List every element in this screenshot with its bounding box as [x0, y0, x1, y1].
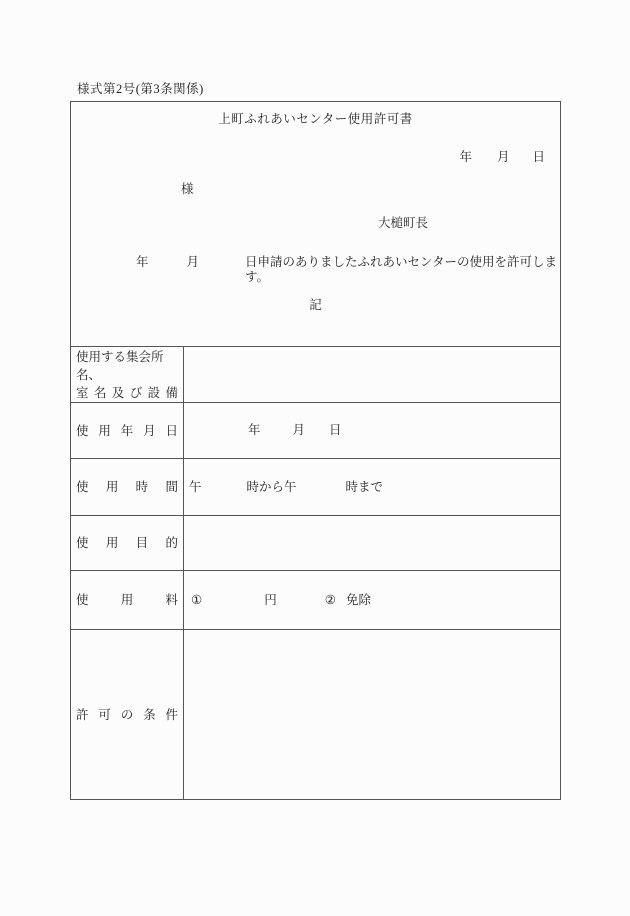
issue-date-year-label: 年 [459, 150, 472, 165]
row-permit-conditions: 許 可 の 条 件 [71, 629, 560, 799]
use-fee-option1-marker: ① [191, 593, 202, 608]
row-facility-name: 使用する集会所名、 室 名 及 び 設 備 [71, 346, 560, 402]
record-marker: 記 [71, 298, 560, 313]
approval-year-label: 年 [136, 255, 149, 285]
issuer-title: 大槌町長 [378, 216, 428, 230]
approval-sentence-text: 日申請のありましたふれあいセンターの使用を許可します。 [245, 255, 560, 285]
use-purpose-label: 使 用 目 的 [71, 516, 184, 570]
use-purpose-value-cell [184, 516, 560, 570]
addressee-line: 様 [71, 182, 560, 197]
use-time-meridiem-label: 午 [189, 480, 202, 495]
row-use-date: 使 用 年 月 日 年 月 日 [71, 402, 560, 458]
approval-sentence: 年 月 日申請のありましたふれあいセンターの使用を許可します。 [71, 255, 560, 285]
use-fee-label: 使 用 料 [71, 571, 184, 629]
facility-name-label-line2: 室 名 及 び 設 備 [76, 384, 178, 402]
use-fee-option2-marker: ② [325, 593, 336, 608]
use-date-value-cell: 年 月 日 [184, 403, 560, 458]
issuer-line: 大槌町長 [71, 216, 560, 231]
issue-date-line: 年 月 日 [71, 150, 560, 165]
facility-name-label: 使用する集会所名、 室 名 及 び 設 備 [71, 347, 184, 402]
use-fee-value-cell: ① 円 ② 免除 [184, 571, 560, 629]
addressee-honorific: 様 [181, 182, 194, 196]
facility-name-label-line1: 使用する集会所名、 [76, 348, 178, 384]
approval-month-label: 月 [187, 255, 200, 285]
use-fee-exempt-label: 免除 [346, 593, 371, 608]
use-time-to-label: 時まで [346, 480, 384, 495]
permit-header-cell: 上町ふれあいセンター使用許可書 年 月 日 様 大槌町長 年 月 日申請のありま… [71, 102, 560, 346]
row-use-time: 使 用 時 間 午 時から午 時まで [71, 458, 560, 515]
form-number-label: 様式第2号(第3条関係) [77, 82, 204, 97]
use-time-value-cell: 午 時から午 時まで [184, 459, 560, 515]
use-time-label: 使 用 時 間 [71, 459, 184, 515]
use-date-month-label: 月 [293, 423, 306, 438]
issue-date-day-label: 日 [532, 150, 545, 165]
document-title: 上町ふれあいセンター使用許可書 [71, 112, 560, 127]
row-use-purpose: 使 用 目 的 [71, 515, 560, 570]
document-page: 様式第2号(第3条関係) 上町ふれあいセンター使用許可書 年 月 日 様 大槌町… [0, 0, 630, 916]
permit-conditions-value-cell [184, 630, 560, 799]
use-date-year-label: 年 [248, 423, 261, 438]
use-date-day-label: 日 [329, 423, 342, 438]
use-date-label: 使 用 年 月 日 [71, 403, 184, 458]
issue-date-month-label: 月 [497, 150, 510, 165]
row-use-fee: 使 用 料 ① 円 ② 免除 [71, 570, 560, 629]
use-fee-yen-label: 円 [264, 593, 277, 608]
permit-form-table: 上町ふれあいセンター使用許可書 年 月 日 様 大槌町長 年 月 日申請のありま… [70, 101, 561, 800]
permit-conditions-label: 許 可 の 条 件 [71, 630, 184, 799]
facility-name-value-cell [184, 347, 560, 402]
use-time-from-label: 時から午 [247, 480, 297, 495]
